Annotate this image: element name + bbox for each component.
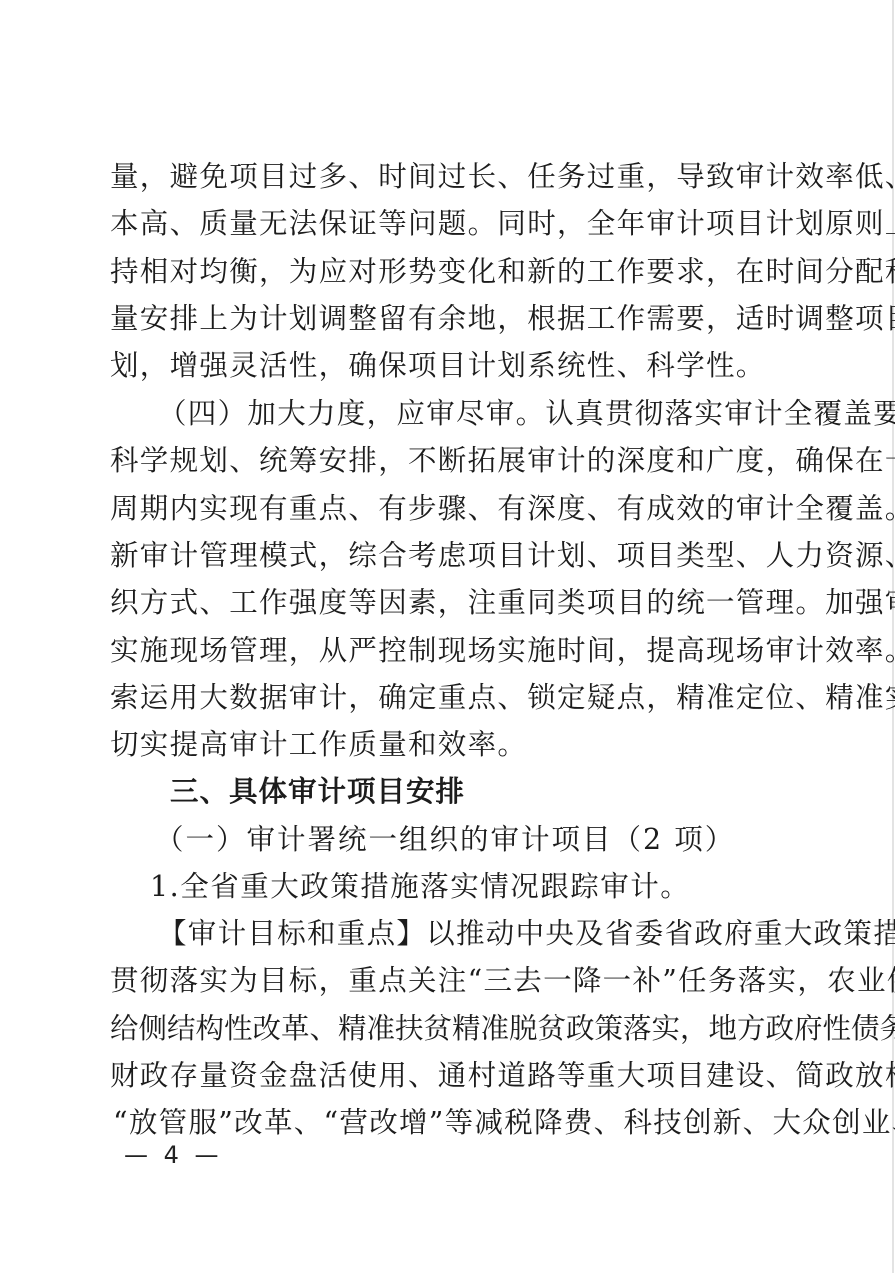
paragraph-line: “放管服”改革、“营改增”等减税降费、科技创新、大众创业、 (113, 1107, 772, 1139)
paragraph-line: 划，增强灵活性，确保项目计划系统性、科学性。 (110, 350, 772, 382)
paragraph-line: 给侧结构性改革、精准扶贫精准脱贫政策落实，地方政府性债务、 (110, 1013, 772, 1045)
paragraph-line: 周期内实现有重点、有步骤、有深度、有成效的审计全覆盖。创 (110, 493, 772, 525)
item-title: 1.全省重大政策措施落实情况跟踪审计。 (150, 871, 690, 903)
section-heading: 三、具体审计项目安排 (170, 776, 465, 808)
paragraph-line: 索运用大数据审计，确定重点、锁定疑点，精准定位、精准实施， (110, 682, 772, 714)
paragraph-line: 科学规划、统筹安排，不断拓展审计的深度和广度，确保在一定 (110, 445, 772, 477)
paragraph-line: 量，避免项目过多、时间过长、任务过重，导致审计效率低、成 (110, 161, 772, 193)
paragraph-line: 量安排上为计划调整留有余地，根据工作需要，适时调整项目计 (110, 303, 772, 335)
paragraph-line: 本高、质量无法保证等问题。同时，全年审计项目计划原则上保 (110, 208, 772, 240)
paragraph-line: 新审计管理模式，综合考虑项目计划、项目类型、人力资源、组 (110, 540, 772, 572)
page-number: — 4 — (124, 1140, 223, 1170)
document-page: 量，避免项目过多、时间过长、任务过重，导致审计效率低、成 本高、质量无法保证等问… (0, 0, 895, 1273)
paragraph-line: 实施现场管理，从严控制现场实施时间，提高现场审计效率。探 (110, 635, 772, 667)
paragraph-line-first: 【审计目标和重点】以推动中央及省委省政府重大政策措施 (158, 918, 772, 950)
subsection-heading: （一）审计署统一组织的审计项目（2 项） (155, 824, 735, 856)
paragraph-line: 持相对均衡，为应对形势变化和新的工作要求，在时间分配和力 (110, 256, 772, 288)
paragraph-line: 财政存量资金盘活使用、通村道路等重大项目建设、简政放权和 (110, 1060, 772, 1092)
paragraph-line-first: （四）加大力度，应审尽审。认真贯彻落实审计全覆盖要求， (158, 398, 772, 430)
paragraph-line: 织方式、工作强度等因素，注重同类项目的统一管理。加强审计 (110, 587, 772, 619)
paragraph-line: 切实提高审计工作质量和效率。 (110, 729, 772, 761)
paragraph-line: 贯彻落实为目标，重点关注“三去一降一补”任务落实，农业供 (110, 965, 772, 997)
